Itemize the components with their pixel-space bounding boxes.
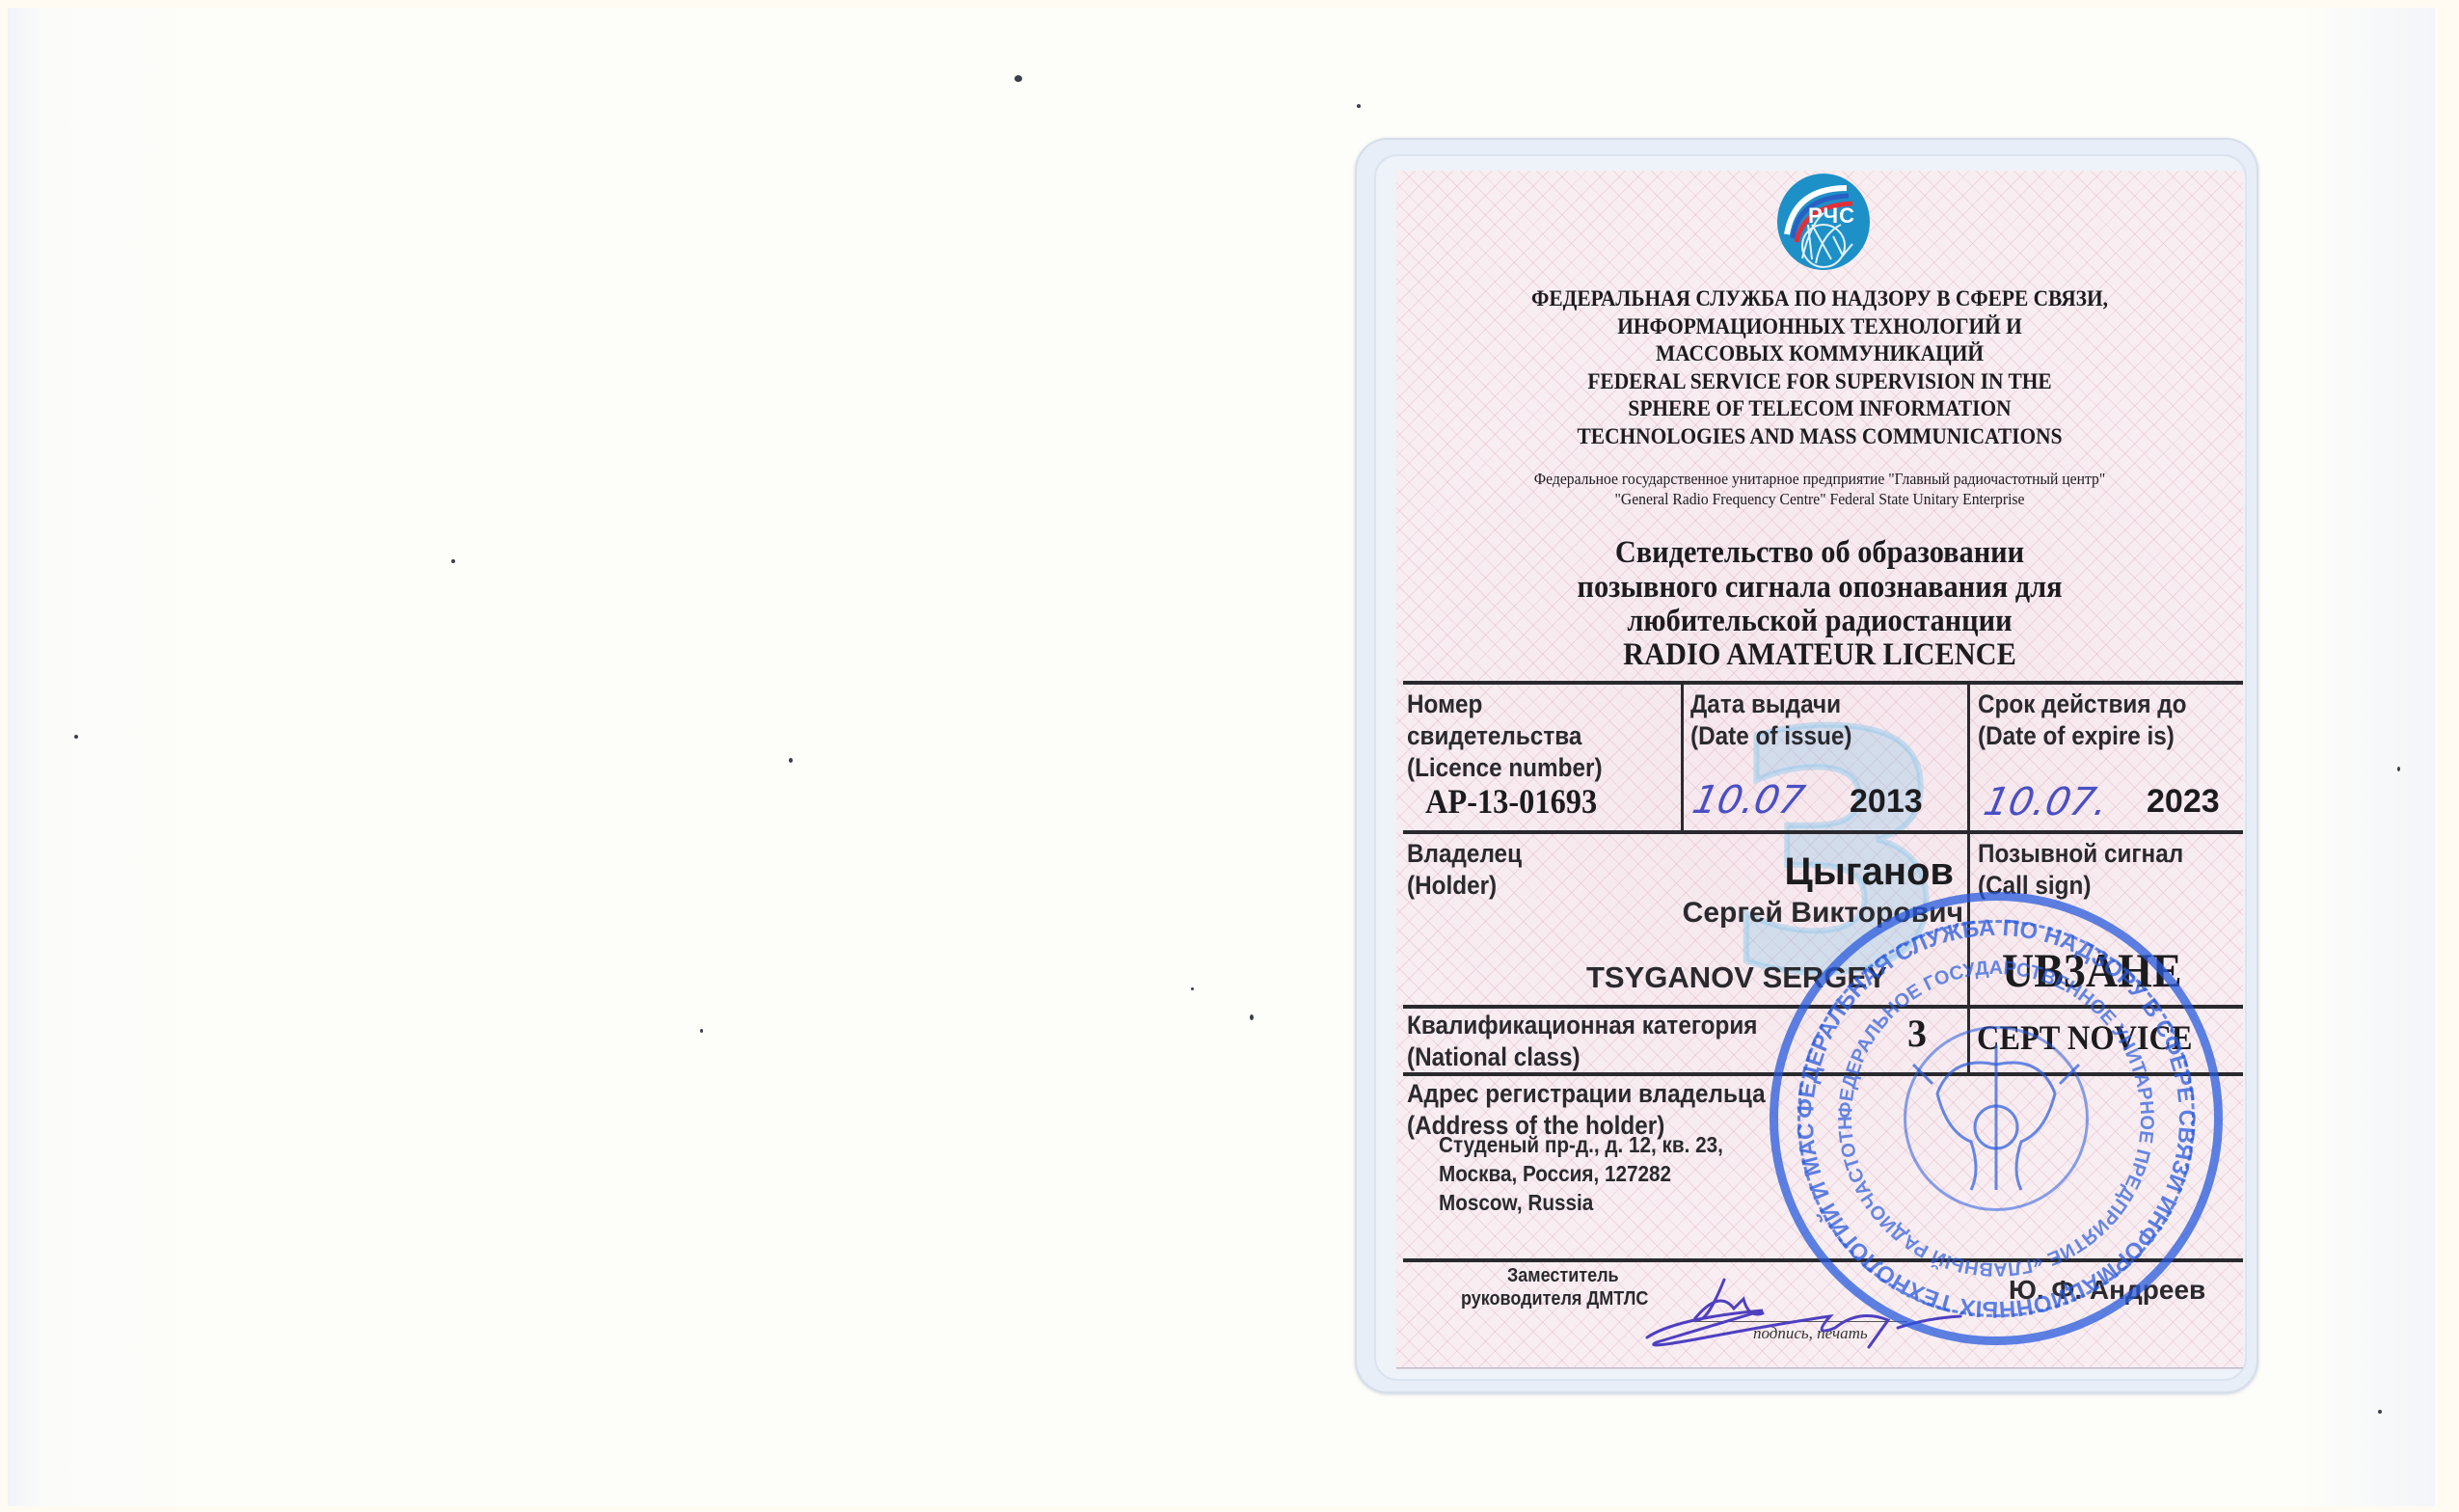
cept-class-value: CEPT NOVICE — [1977, 1017, 2193, 1058]
title-line: Свидетельство об образовании — [1430, 535, 2209, 570]
table-rule — [1403, 1005, 2243, 1009]
field-label: (Licence number) — [1407, 752, 1603, 784]
holder-given-names: Сергей Викторович — [1683, 896, 1963, 931]
field-label: Адрес регистрации владельца — [1407, 1078, 1766, 1110]
field-label: Дата выдачи — [1690, 688, 1841, 720]
table-rule — [1403, 830, 2243, 834]
field-label: (Holder) — [1407, 870, 1497, 902]
holder-surname: Цыганов — [1785, 850, 1954, 894]
title-line: позывного сигнала опознавания для — [1430, 570, 2209, 605]
table-rule — [1403, 1258, 2243, 1262]
table-divider — [1967, 681, 1970, 1074]
holder-latin-name: TSYGANOV SERGEY — [1586, 959, 1887, 996]
issue-year: 2013 — [1850, 782, 1923, 821]
dust-speck — [1357, 104, 1361, 108]
org-header-line: ФЕДЕРАЛЬНАЯ СЛУЖБА ПО НАДЗОРУ В СФЕРЕ СВ… — [1426, 285, 2214, 312]
rchs-logo: РЧС — [1773, 171, 1874, 273]
field-label: (Date of issue) — [1690, 720, 1851, 752]
title-line: любительской радиостанции — [1430, 604, 2209, 638]
licence-card: 3 РЧС ФЕДЕРАЛЬНАЯ СЛУЖБА ПО НАДЗОРУ В СФ… — [1396, 171, 2243, 1367]
signatory-name: Ю. Ф. Андреев — [2009, 1275, 2205, 1306]
enterprise-line-en: "General Radio Frequency Centre" Federal… — [1430, 490, 2209, 509]
dust-speck — [1250, 1014, 1254, 1020]
field-label: свидетельства — [1407, 720, 1581, 752]
licence-number-value: AP-13-01693 — [1425, 782, 1597, 821]
address-line: Moscow, Russia — [1439, 1189, 1593, 1216]
table-rule — [1403, 681, 2243, 685]
field-label: Владелец — [1407, 838, 1522, 870]
call-sign-value: UB3AHE — [2002, 943, 2182, 997]
enterprise-line-ru: Федеральное государственное унитарное пр… — [1430, 470, 2209, 489]
address-line: Студеный пр-д., д. 12, кв. 23, — [1439, 1131, 1723, 1158]
handwritten-issue-date: 10.07 — [1689, 778, 1808, 823]
dust-speck — [2378, 1410, 2382, 1414]
signatory-position: руководителя ДМТЛС — [1461, 1287, 1648, 1310]
title-line-en: RADIO AMATEUR LICENCE — [1430, 637, 2209, 672]
signature-scribble-icon — [1637, 1270, 1965, 1357]
dust-speck — [2397, 767, 2400, 771]
dust-speck — [700, 1029, 703, 1033]
field-label: Позывной сигнал — [1978, 838, 2183, 870]
org-header-line: ИНФОРМАЦИОННЫХ ТЕХНОЛОГИЙ И — [1426, 313, 2214, 340]
org-header-line: SPHERE OF TELECOM INFORMATION — [1426, 395, 2214, 422]
dust-speck — [74, 735, 78, 739]
national-class-value: 3 — [1907, 1012, 1927, 1056]
field-label: (Date of expire is) — [1978, 720, 2175, 752]
expire-year: 2023 — [2147, 782, 2220, 821]
org-header-line: МАССОВЫХ КОММУНИКАЦИЙ — [1426, 340, 2214, 367]
dust-speck — [1191, 987, 1194, 990]
logo-text: РЧС — [1808, 203, 1855, 229]
address-line: Москва, Россия, 127282 — [1439, 1160, 1671, 1187]
field-label: Квалификационная категория — [1407, 1010, 1757, 1041]
dust-speck — [789, 758, 793, 763]
org-header-line: TECHNOLOGIES AND MASS COMMUNICATIONS — [1426, 423, 2214, 450]
field-label: (Call sign) — [1978, 870, 2091, 902]
table-divider — [1681, 681, 1684, 832]
signatory-position: Заместитель — [1507, 1264, 1619, 1287]
field-label: (National class) — [1407, 1041, 1581, 1073]
field-label: Срок действия до — [1978, 688, 2187, 720]
handwritten-expire-date: 10.07. — [1980, 780, 2112, 824]
dust-speck — [1014, 75, 1022, 82]
org-header-line: FEDERAL SERVICE FOR SUPERVISION IN THE — [1426, 368, 2214, 395]
dust-speck — [451, 559, 455, 563]
field-label: Номер — [1407, 688, 1482, 720]
